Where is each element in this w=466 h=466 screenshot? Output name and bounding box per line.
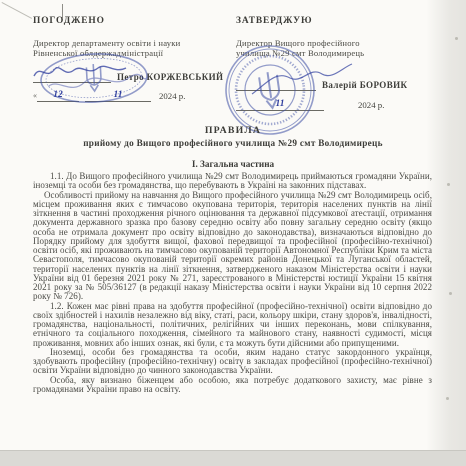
agreed-block: ПОГОДЖЕНО Директор департаменту освіти і… [33, 16, 228, 102]
paragraph-foreigners: Іноземці, особи без громадянства та особ… [33, 348, 432, 376]
section-heading: І. Загальна частина [0, 159, 466, 169]
paragraph-features: Особливості прийому на навчання до Вищог… [33, 191, 432, 302]
signature-line [236, 79, 316, 91]
date-month-handwritten: 11 [236, 99, 324, 111]
scan-artifact [447, 183, 450, 186]
approved-date-row: 11 2024 р. [236, 99, 441, 111]
agreed-signer-name: Петро КОРЖЕВСЬКИЙ [117, 72, 223, 83]
agreed-label: ПОГОДЖЕНО [33, 16, 228, 27]
agreed-title-line1: Директор департаменту освіти і науки [33, 38, 228, 49]
approved-block: ЗАТВЕРДЖУЮ Директор Вищого професійного … [236, 16, 441, 111]
scan-edge-bottom [0, 450, 466, 466]
paragraph-refugees: Особа, яку визнано біженцем або особою, … [33, 376, 432, 395]
date-year: 2024 р. [159, 91, 185, 102]
scan-artifact [446, 397, 449, 400]
agreed-signature-row: Петро КОРЖЕВСЬКИЙ [33, 71, 228, 83]
document-subtitle: прийому до Вищого професійного училища №… [0, 138, 466, 148]
approved-signer-name: Валерій БОРОВИК [322, 80, 407, 91]
document-title: ПРАВИЛА [0, 125, 466, 136]
approved-title-line1: Директор Вищого професійного [236, 38, 441, 49]
document-title-block: ПРАВИЛА прийому до Вищого професійного у… [0, 125, 466, 169]
scanned-document-page: ПОГОДЖЕНО Директор департаменту освіти і… [0, 0, 466, 466]
paragraph-1-2: 1.2. Кожен має рівні права на здобуття п… [33, 302, 432, 348]
date-month-handwritten: 11 [85, 90, 151, 102]
document-body: 1.1. До Вищого професійного училища №29 … [33, 172, 432, 394]
agreed-date-row: « 12 11 2024 р. [33, 90, 228, 102]
agreed-title-line2: Рівненської облдержадміністрації [33, 48, 228, 59]
approved-title-line2: училища №29 смт Володимирець [236, 48, 441, 59]
scan-artifact [449, 292, 452, 295]
approved-label: ЗАТВЕРДЖУЮ [236, 16, 441, 27]
approved-signature-row: Валерій БОРОВИК [236, 79, 441, 91]
date-year: 2024 р. [358, 100, 384, 111]
date-day-handwritten: 12 [37, 90, 79, 102]
signature-line [33, 71, 111, 83]
scan-artifact [2, 2, 32, 19]
scan-artifact [455, 37, 458, 40]
paragraph-1-1: 1.1. До Вищого професійного училища №29 … [33, 172, 432, 191]
